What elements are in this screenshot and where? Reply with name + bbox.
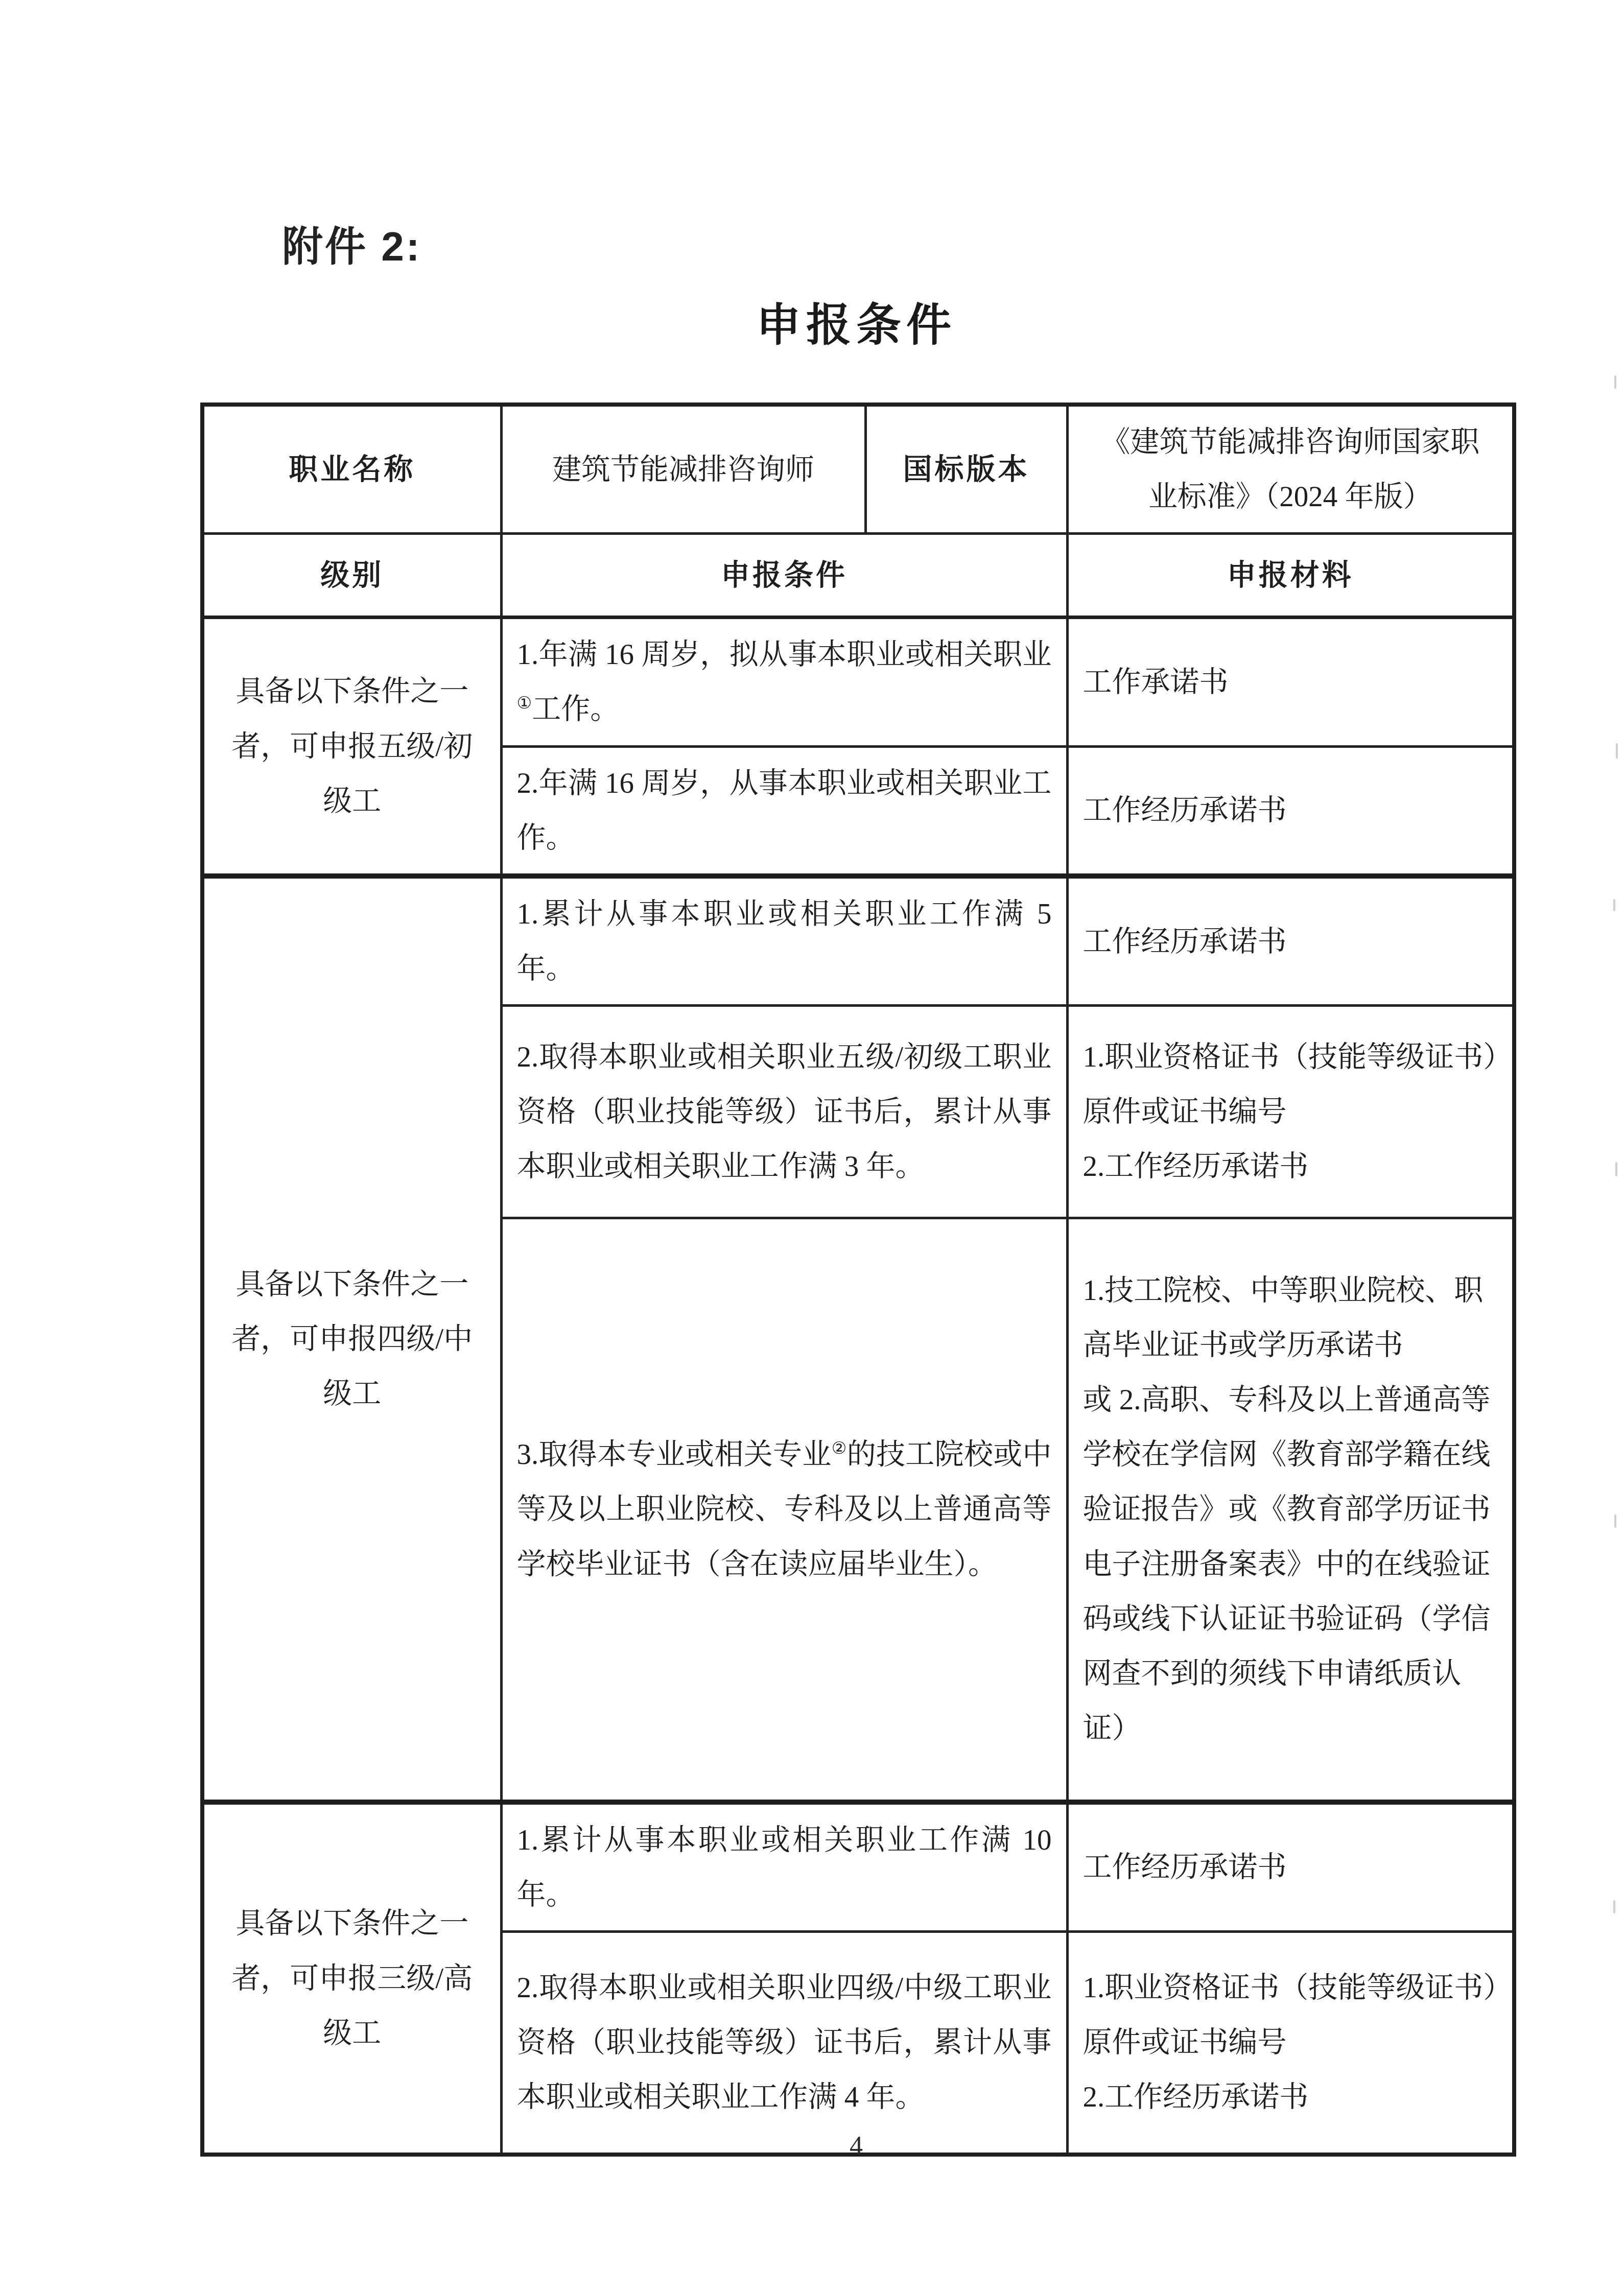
- conditions-column-header: 申报条件: [501, 534, 1067, 618]
- occupation-name-label: 职业名称: [202, 405, 501, 534]
- page-title: 申报条件: [200, 289, 1512, 353]
- level-column-header: 级别: [202, 534, 501, 618]
- condition-cell: 1.年满 16 周岁，拟从事本职业或相关职业①工作。: [501, 618, 1067, 746]
- material-cell: 工作经历承诺书: [1067, 876, 1514, 1006]
- scan-artifact: [1615, 1162, 1617, 1176]
- material-cell: 1.职业资格证书（技能等级证书）原件或证书编号 2.工作经历承诺书: [1067, 1932, 1514, 2155]
- table-row: 级别 申报条件 申报材料: [202, 534, 1514, 618]
- condition-cell: 2.年满 16 周岁，从事本职业或相关职业工作。: [501, 746, 1067, 876]
- level-cell-grade3: 具备以下条件之一者，可申报三级/高级工: [202, 1802, 501, 2155]
- page-number: 4: [200, 2131, 1512, 2161]
- condition-cell: 1.累计从事本职业或相关职业工作满 10 年。: [501, 1802, 1067, 1932]
- scan-artifact: [1613, 1900, 1615, 1913]
- scan-artifact: [1614, 375, 1616, 389]
- condition-cell: 2.取得本职业或相关职业五级/初级工职业资格（职业技能等级）证书后，累计从事本职…: [501, 1006, 1067, 1218]
- scan-artifact: [1614, 1515, 1616, 1528]
- level-cell-grade4: 具备以下条件之一者，可申报四级/中级工: [202, 876, 501, 1802]
- table-row: 具备以下条件之一者，可申报三级/高级工 1.累计从事本职业或相关职业工作满 10…: [202, 1802, 1514, 1932]
- table-row: 具备以下条件之一者，可申报四级/中级工 1.累计从事本职业或相关职业工作满 5 …: [202, 876, 1514, 1006]
- occupation-name-value: 建筑节能减排咨询师: [501, 405, 865, 534]
- scan-artifact: [1613, 899, 1615, 911]
- material-cell: 工作经历承诺书: [1067, 1802, 1514, 1932]
- condition-cell: 2.取得本职业或相关职业四级/中级工职业资格（职业技能等级）证书后，累计从事本职…: [501, 1932, 1067, 2155]
- scan-artifact: [1616, 743, 1618, 759]
- condition-cell: 3.取得本专业或相关专业②的技工院校或中等及以上职业院校、专科及以上普通高等学校…: [501, 1218, 1067, 1802]
- application-conditions-table: 职业名称 建筑节能减排咨询师 国标版本 《建筑节能减排咨询师国家职 业标准》（2…: [200, 403, 1516, 2157]
- materials-column-header: 申报材料: [1067, 534, 1514, 618]
- material-cell: 工作承诺书: [1067, 618, 1514, 746]
- table-row: 职业名称 建筑节能减排咨询师 国标版本 《建筑节能减排咨询师国家职 业标准》（2…: [202, 405, 1514, 534]
- material-cell: 1.技工院校、中等职业院校、职高毕业证书或学历承诺书 或 2.高职、专科及以上普…: [1067, 1218, 1514, 1802]
- material-cell: 1.职业资格证书（技能等级证书）原件或证书编号 2.工作经历承诺书: [1067, 1006, 1514, 1218]
- standard-version-value: 《建筑节能减排咨询师国家职 业标准》（2024 年版）: [1067, 405, 1514, 534]
- table-row: 具备以下条件之一者，可申报五级/初级工 1.年满 16 周岁，拟从事本职业或相关…: [202, 618, 1514, 746]
- document-page: 附件 2: 申报条件 职业名称 建筑节能减排咨询师 国标版本 《建筑节能减排咨询…: [0, 0, 1624, 2294]
- level-cell-grade5: 具备以下条件之一者，可申报五级/初级工: [202, 618, 501, 876]
- attachment-label: 附件 2:: [282, 214, 421, 272]
- standard-version-label: 国标版本: [865, 405, 1067, 534]
- material-cell: 工作经历承诺书: [1067, 746, 1514, 876]
- condition-cell: 1.累计从事本职业或相关职业工作满 5 年。: [501, 876, 1067, 1006]
